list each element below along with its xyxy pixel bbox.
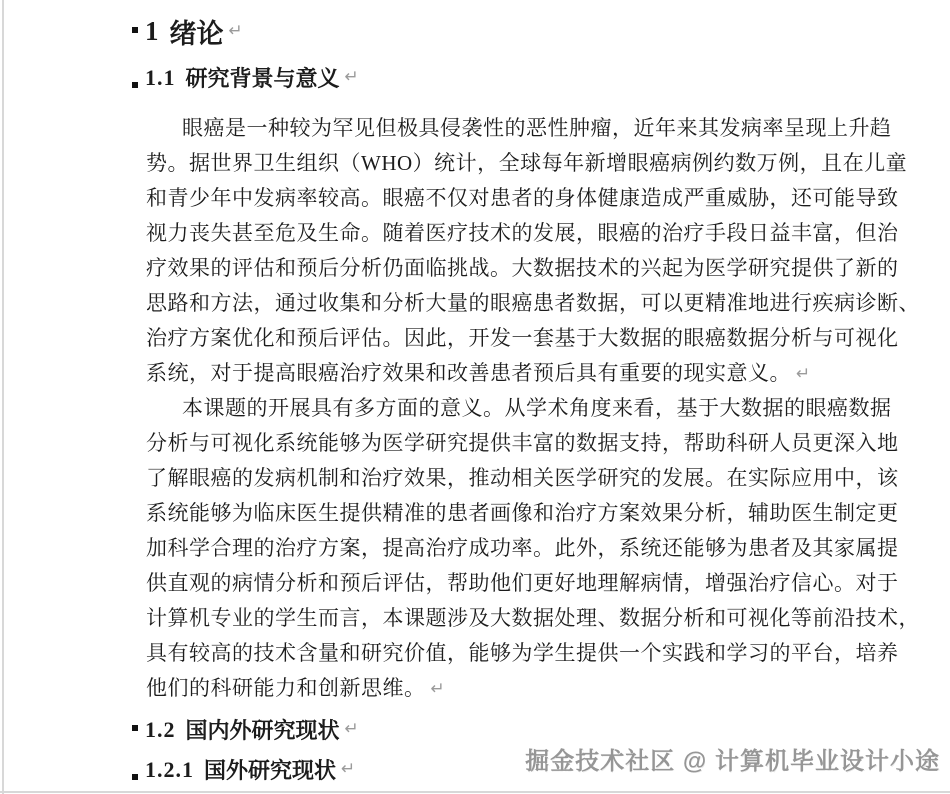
paragraph-line[interactable]: 思路和方法，通过收集和分析大量的眼癌患者数据，可以更精准地进行疾病诊断、	[146, 286, 846, 321]
paragraph-line[interactable]: 加科学合理的治疗方案，提高治疗成功率。此外，系统还能够为患者及其家属提	[146, 531, 846, 566]
paragraph-line[interactable]: 治疗方案优化和预后评估。因此，开发一套基于大数据的眼癌数据分析与可视化	[146, 321, 846, 356]
heading-bullet-icon	[132, 27, 138, 33]
paragraph-line[interactable]: 疗效果的评估和预后分析仍面临挑战。大数据技术的兴起为医学研究提供了新的	[146, 251, 846, 286]
body-text: 眼癌是一种较为罕见但极具侵袭性的恶性肿瘤，近年来其发病率呈现上升趋 势。据世界卫…	[146, 111, 846, 706]
heading-1-2-1[interactable]: 1.2.1 国外研究现状 ↵	[132, 754, 355, 785]
paragraph-mark-icon: ↵	[345, 719, 359, 739]
heading-bullet-icon	[132, 774, 138, 780]
heading-title: 国外研究现状	[204, 754, 336, 785]
paragraph-mark-icon: ↵	[431, 679, 446, 699]
heading-1[interactable]: 1 绪论 ↵	[132, 12, 243, 51]
heading-title: 国内外研究现状	[186, 714, 340, 745]
paragraph-line[interactable]: 了解眼癌的发病机制和治疗效果，推动相关医学研究的发展。在实际应用中，该	[146, 461, 846, 496]
heading-1-1[interactable]: 1.1 研究背景与意义 ↵	[132, 62, 359, 93]
paragraph-line[interactable]: 分析与可视化系统能够为医学研究提供丰富的数据支持，帮助科研人员更深入地	[146, 426, 846, 461]
heading-number: 1.2.1	[145, 757, 194, 783]
paragraph-line[interactable]: 和青少年中发病率较高。眼癌不仅对患者的身体健康造成严重威胁，还可能导致	[146, 181, 846, 216]
paragraph-line[interactable]: 供直观的病情分析和预后评估，帮助他们更好地理解病情，增强治疗信心。对于	[146, 566, 846, 601]
paragraph-line[interactable]: 具有较高的技术含量和研究价值，能够为学生提供一个实践和学习的平台，培养	[146, 636, 846, 671]
heading-bullet-icon	[132, 82, 138, 88]
paragraph-line[interactable]: 眼癌是一种较为罕见但极具侵袭性的恶性肿瘤，近年来其发病率呈现上升趋	[146, 111, 846, 146]
heading-number: 1.2	[145, 717, 176, 743]
watermark: 掘金技术社区 @ 计算机毕业设计小途	[525, 741, 940, 776]
page-edge-left	[2, 0, 4, 794]
paragraph-line[interactable]: 本课题的开展具有多方面的意义。从学术角度来看，基于大数据的眼癌数据	[146, 391, 846, 426]
paragraph-line[interactable]: 视力丧失甚至危及生命。随着医疗技术的发展，眼癌的治疗手段日益丰富，但治	[146, 216, 846, 251]
heading-title: 绪论	[170, 12, 224, 51]
heading-number: 1	[145, 16, 160, 47]
paragraph-mark-icon: ↵	[345, 67, 359, 87]
paragraph-mark-icon: ↵	[341, 759, 355, 779]
paragraph-line[interactable]: 他们的科研能力和创新思维。↵	[146, 671, 846, 706]
heading-number: 1.1	[145, 65, 176, 91]
heading-bullet-icon	[132, 725, 138, 731]
page-edge-bottom	[0, 791, 950, 793]
document-page: 1 绪论 ↵ 1.1 研究背景与意义 ↵ 眼癌是一种较为罕见但极具侵袭性的恶性肿…	[0, 0, 950, 794]
paragraph-mark-icon: ↵	[229, 21, 243, 41]
heading-title: 研究背景与意义	[186, 62, 340, 93]
paragraph-line[interactable]: 计算机专业的学生而言，本课题涉及大数据处理、数据分析和可视化等前沿技术，	[146, 601, 846, 636]
heading-1-2[interactable]: 1.2 国内外研究现状 ↵	[132, 714, 359, 745]
paragraph-line[interactable]: 势。据世界卫生组织（WHO）统计，全球每年新增眼癌病例约数万例，且在儿童	[146, 146, 846, 181]
paragraph-line[interactable]: 系统，对于提高眼癌治疗效果和改善患者预后具有重要的现实意义。↵	[146, 356, 846, 391]
paragraph-line[interactable]: 系统能够为临床医生提供精准的患者画像和治疗方案效果分析，辅助医生制定更	[146, 496, 846, 531]
paragraph-mark-icon: ↵	[796, 364, 811, 384]
